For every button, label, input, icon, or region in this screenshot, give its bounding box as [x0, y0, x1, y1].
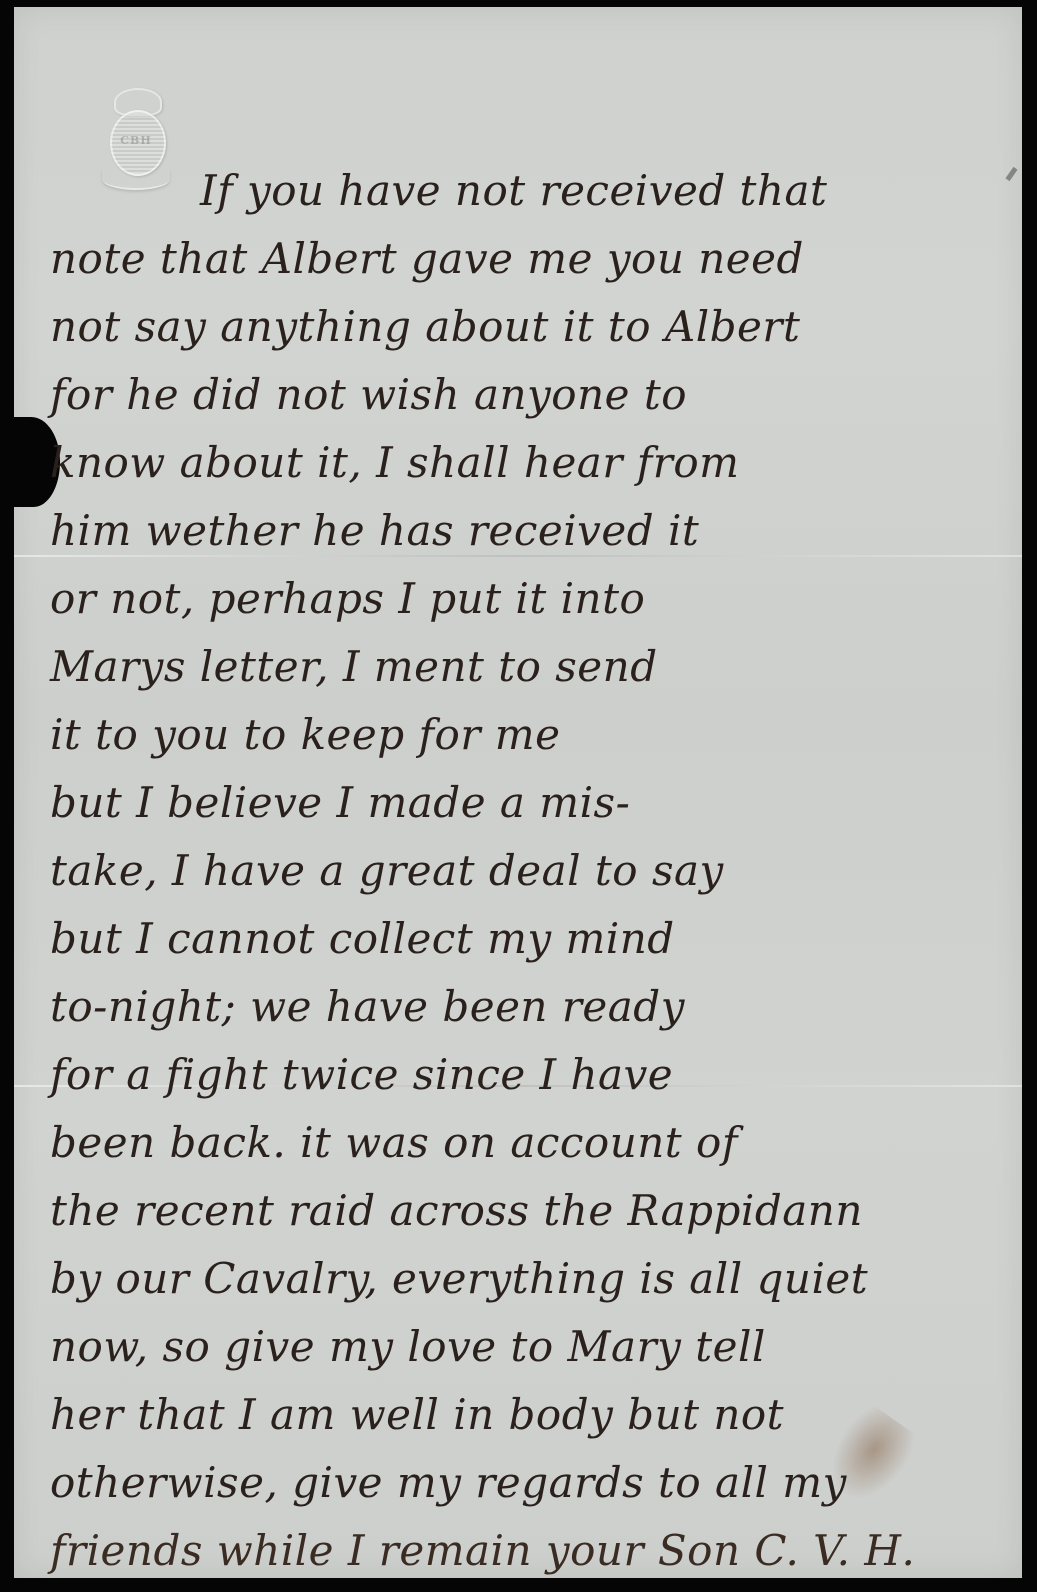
letter-line: by our Cavalry, everything is all quiet [50, 1245, 1010, 1313]
letter-line: or not, perhaps I put it into [50, 565, 1010, 633]
letter-line: take, I have a great deal to say [50, 837, 1010, 905]
letter-line: now, so give my love to Mary tell [50, 1313, 1010, 1381]
letter-body: If you have not received that note that … [50, 157, 1010, 1585]
letter-closing-line: friends while I remain your Son C. V. H. [50, 1517, 1010, 1585]
letter-line: note that Albert gave me you need [50, 225, 1010, 293]
letter-line: it to you to keep for me [50, 701, 1010, 769]
letter-line: to-night; we have been ready [50, 973, 1010, 1041]
letter-line: the recent raid across the Rappidann [50, 1177, 1010, 1245]
letter-line: but I cannot collect my mind [50, 905, 1010, 973]
letter-line: her that I am well in body but not [50, 1381, 1010, 1449]
letter-paper: CBH If you have not received that note t… [14, 7, 1022, 1578]
letter-line: otherwise, give my regards to all my [50, 1449, 1010, 1517]
letter-line: for a fight twice since I have [50, 1041, 1010, 1109]
letter-line: know about it, I shall hear from [50, 429, 1010, 497]
crest-monogram: CBH [118, 134, 154, 147]
letter-line: for he did not wish anyone to [50, 361, 1010, 429]
letter-line: but I believe I made a mis- [50, 769, 1010, 837]
letter-line: Marys letter, I ment to send [50, 633, 1010, 701]
letter-line: not say anything about it to Albert [50, 293, 1010, 361]
letter-line: If you have not received that [50, 157, 1010, 225]
letter-line: been back. it was on account of [50, 1109, 1010, 1177]
letter-line: him wether he has received it [50, 497, 1010, 565]
